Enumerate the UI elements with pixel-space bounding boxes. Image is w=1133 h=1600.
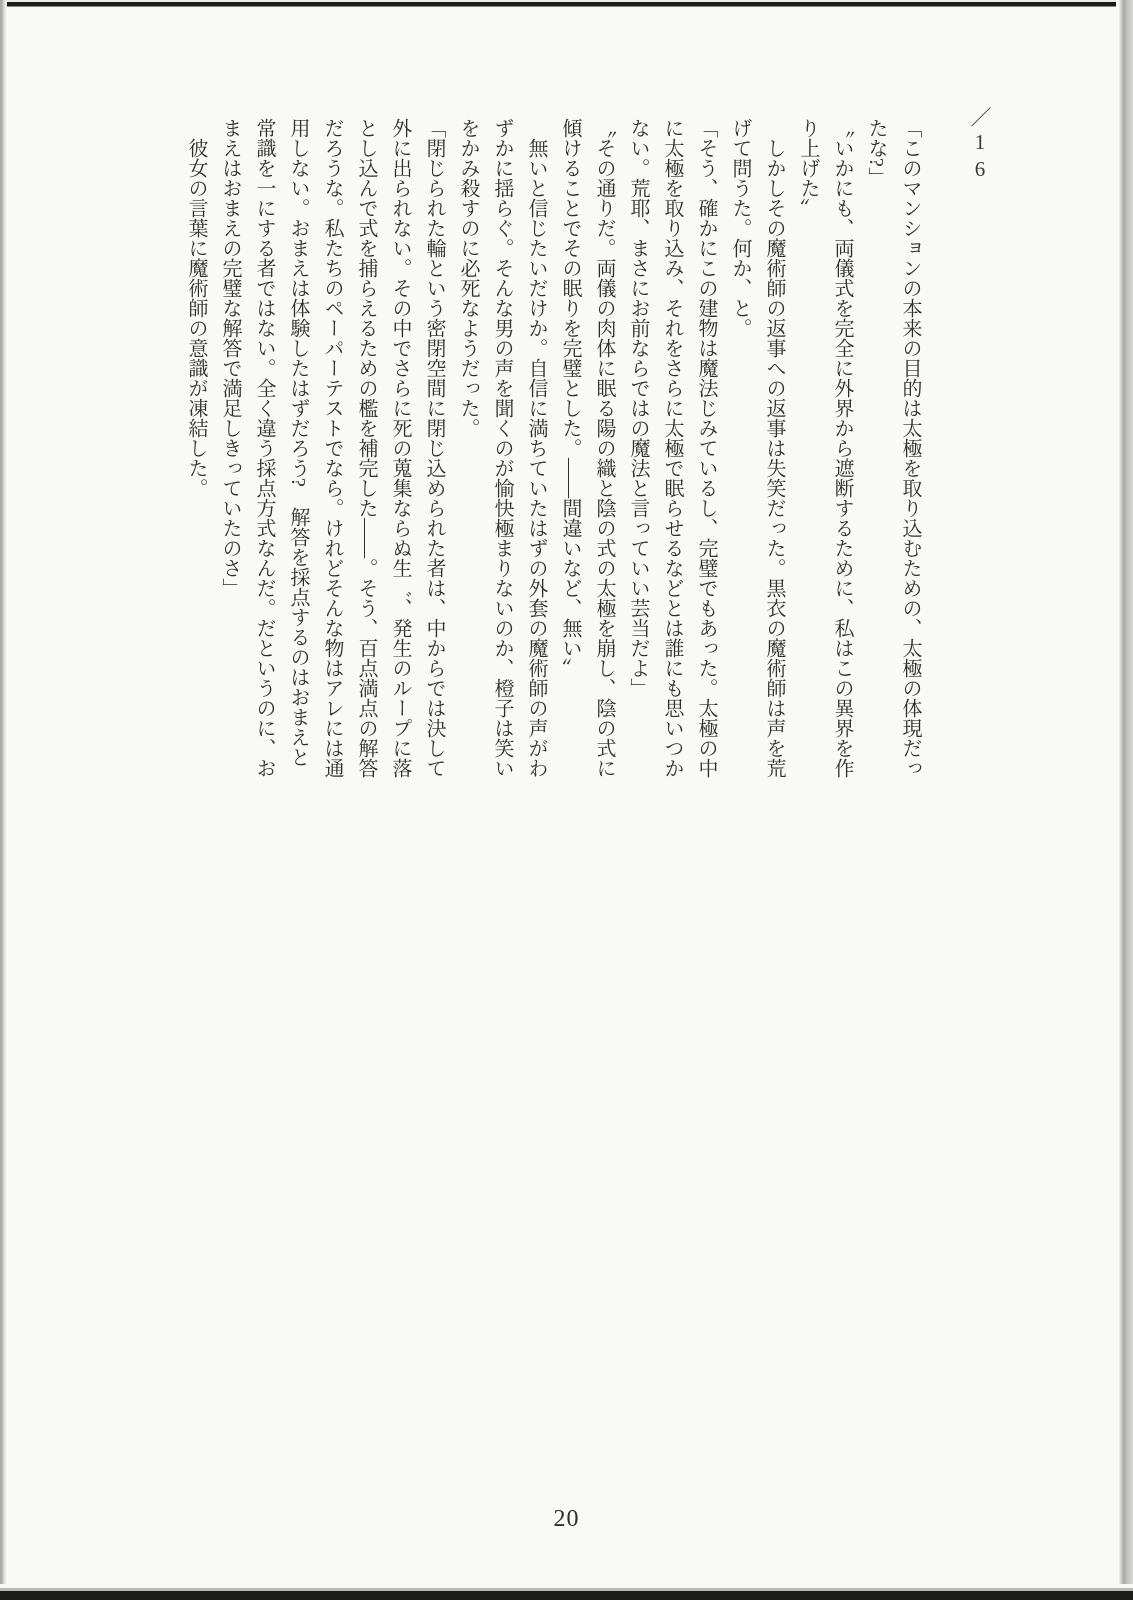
page-number: 20 xyxy=(0,1506,1133,1533)
paragraph: しかしその魔術師の返事への返事は失笑だった。黒衣の魔術師は声を荒げて問うた。何か… xyxy=(723,118,791,781)
paragraph: 〝その通りだ。両儀の肉体に眠る陽の織と陰の式の太極を崩し、陰の式に傾けることでそ… xyxy=(553,118,621,781)
paragraph: 無いと信じたいだけか。自信に満ちていたはずの外套の魔術師の声がわずかに揺らぐ。そ… xyxy=(451,118,553,781)
scan-edge-right xyxy=(1116,0,1133,1600)
paragraph: 「このマンションの本来の目的は太極を取り込むための、太極の体現だったな?」 xyxy=(859,118,927,781)
section-marker: ／16 xyxy=(965,106,995,184)
scanned-page: ／16 「このマンションの本来の目的は太極を取り込むための、太極の体現だったな?… xyxy=(0,0,1133,1600)
scan-edge-top xyxy=(0,0,1133,7)
paragraph: 彼女の言葉に魔術師の意識が凍結した。 xyxy=(179,118,213,781)
paragraph: 「そう、確かにこの建物は魔法じみているし、完璧でもあった。太極の中に太極を取り込… xyxy=(621,118,723,781)
body-text: 「このマンションの本来の目的は太極を取り込むための、太極の体現だったな?」 〝い… xyxy=(179,118,927,781)
scan-edge-left xyxy=(0,0,7,1600)
paragraph: 「閉じられた輪という密閉空間に閉じ込められた者は、中からでは決して外に出られない… xyxy=(213,118,451,781)
scan-edge-bottom xyxy=(0,1584,1133,1600)
paragraph: 〝いかにも、両儀式を完全に外界から遮断するために、私はこの異界を作り上げた〟 xyxy=(791,118,859,781)
